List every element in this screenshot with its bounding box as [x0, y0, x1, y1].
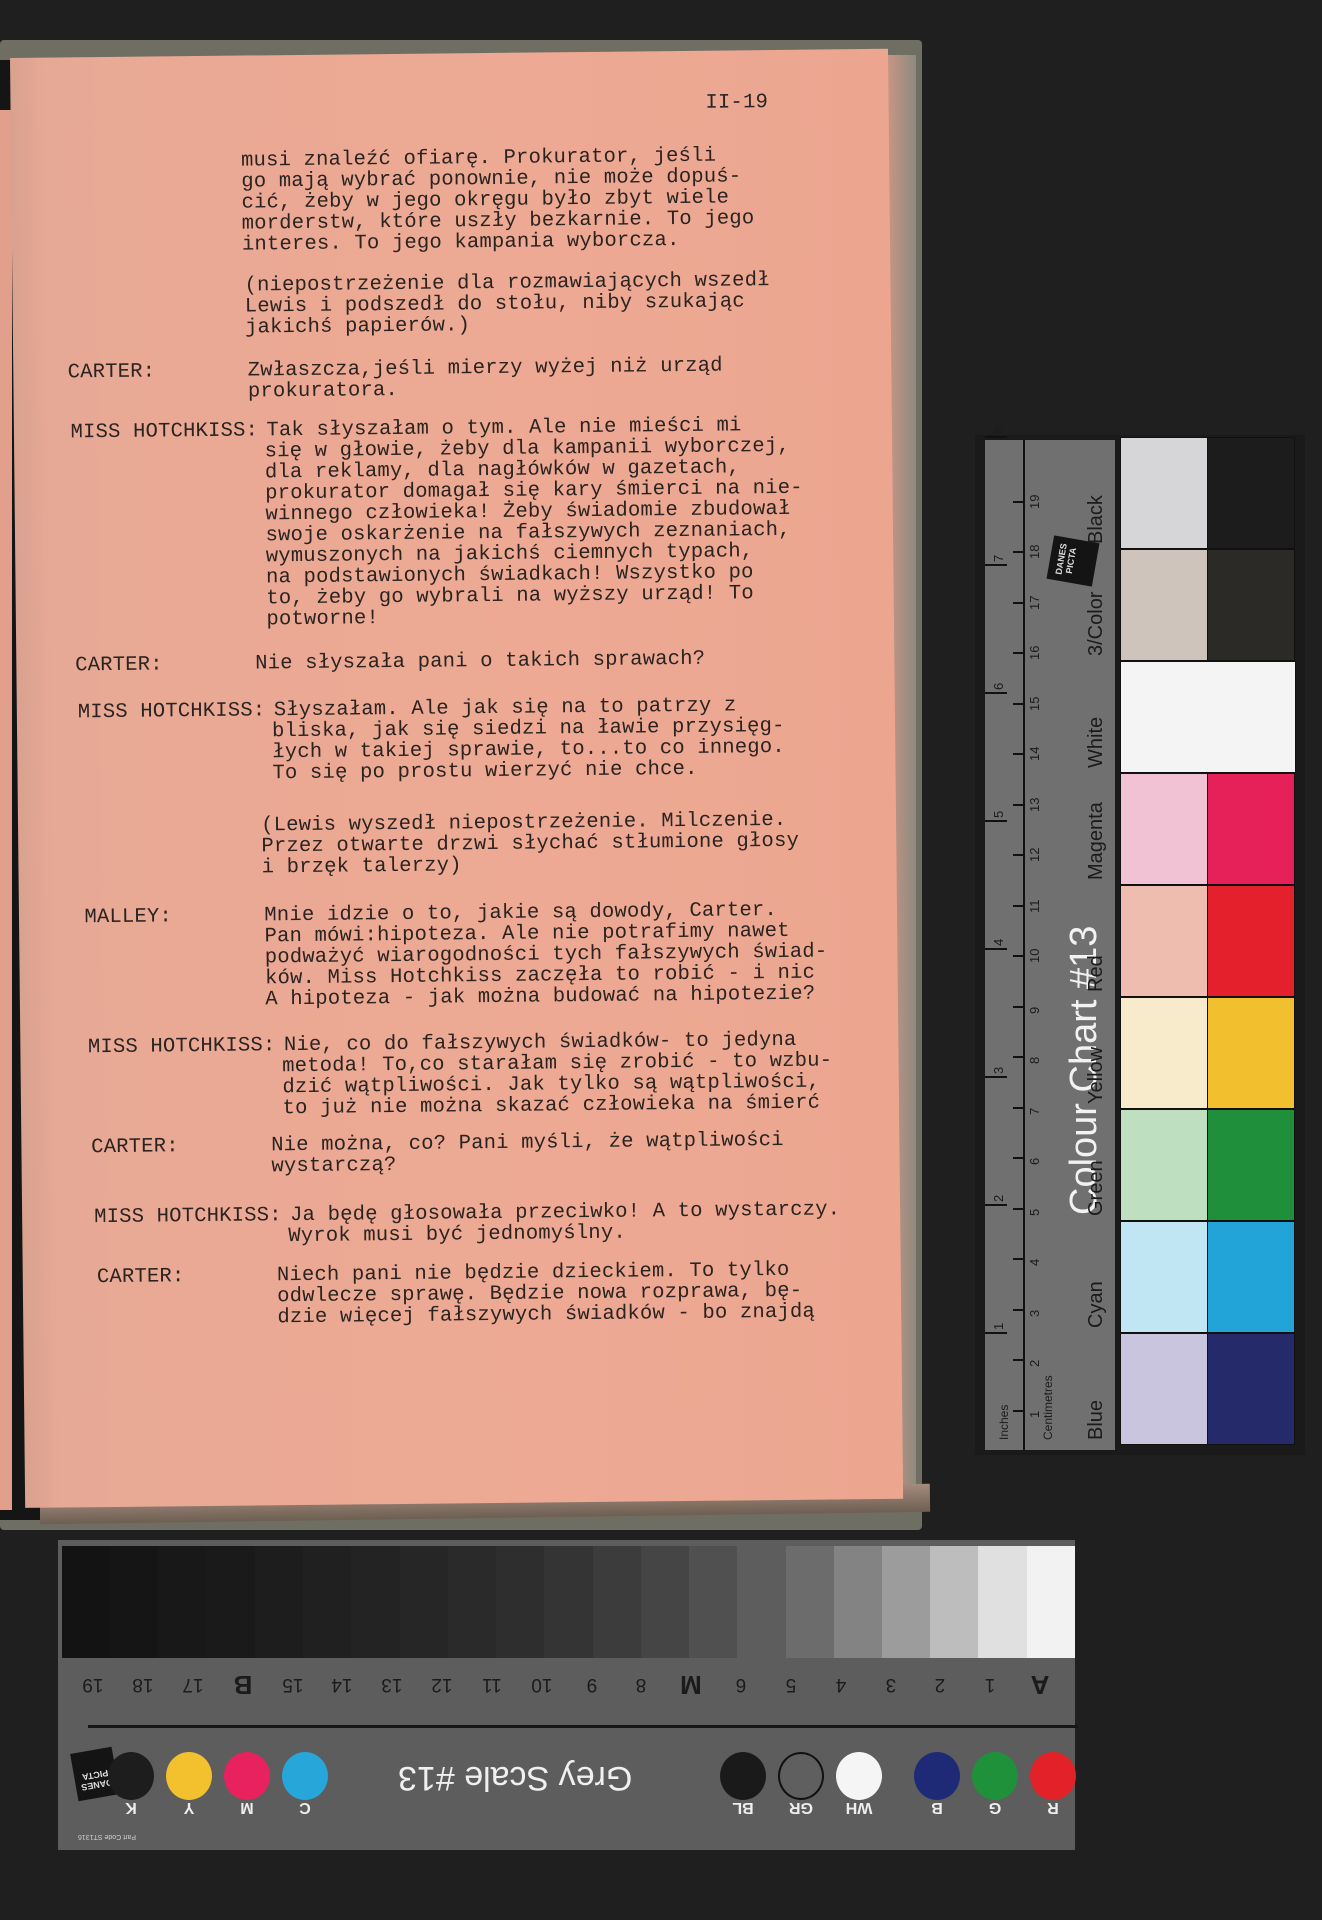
speaker-name: CARTER:: [68, 361, 156, 383]
stage-direction: (Lewis wyszedł niepostrzeżenie. Milczeni…: [261, 810, 799, 879]
reference-dot-label: B: [917, 1798, 957, 1816]
ruler-cm-tick: [1013, 703, 1025, 705]
ruler-inch-tick: [985, 436, 1007, 438]
grey-step-label: 17: [168, 1673, 218, 1695]
dialogue-text: Nie można, co? Pani myśli, że wątpliwośc…: [271, 1130, 784, 1177]
colour-patch-label: Black: [1085, 495, 1108, 544]
ruler-cm-number: 8: [1027, 1057, 1042, 1064]
colour-patch-black-light: [1120, 437, 1208, 549]
grey-step: [448, 1546, 496, 1658]
grey-step-label: 4: [816, 1673, 866, 1695]
grey-step-label: 11: [467, 1673, 517, 1695]
colour-chart-target: Colour Chart #13 Inches Centimetres DANE…: [975, 435, 1305, 1455]
grey-step-label: 8: [616, 1673, 666, 1695]
reference-dot-label: G: [975, 1798, 1015, 1816]
reference-dot-label: M: [227, 1798, 267, 1816]
grey-step: [737, 1546, 785, 1658]
colour-patch-yellow-dark: [1207, 997, 1295, 1109]
grey-step-label: 1: [965, 1673, 1015, 1695]
colour-patch-blue-light: [1120, 1333, 1208, 1445]
grey-step: [882, 1546, 930, 1658]
ruler-cm-tick: [1013, 1258, 1025, 1260]
colour-patch-magenta-light: [1120, 773, 1208, 885]
ruler-cm-tick: [1013, 1006, 1025, 1008]
reference-dot-label: R: [1033, 1798, 1073, 1816]
grey-step-label: B: [218, 1669, 268, 1700]
reference-dot-g: [972, 1752, 1018, 1800]
colour-patch-3-color-dark: [1207, 549, 1295, 661]
ruler-cm-number: 7: [1027, 1107, 1042, 1114]
ruler-inch-tick: [985, 564, 1007, 566]
grey-scale-target: A123456M89101112131415B171819 Grey Scale…: [58, 1540, 1075, 1850]
ruler-inch-tick: [985, 692, 1007, 694]
speaker-name: CARTER:: [75, 654, 163, 676]
grey-step: [593, 1546, 641, 1658]
ruler-cm-tick: [1013, 501, 1025, 503]
colour-patch-cyan-dark: [1207, 1221, 1295, 1333]
colour-patch-green-dark: [1207, 1109, 1295, 1221]
ruler-cm-number: 14: [1027, 747, 1042, 761]
grey-step-label: 18: [118, 1673, 168, 1695]
colour-patch-red-light: [1120, 885, 1208, 997]
colour-patch-label: Yellow: [1085, 1047, 1108, 1104]
part-code: Part Code ST1316: [78, 1832, 136, 1840]
reference-dot-c: [282, 1752, 328, 1800]
reference-dot-wh: [836, 1752, 882, 1800]
ruler-inch-number: 1: [991, 1323, 1006, 1330]
ruler-cm-number: 1: [1027, 1410, 1042, 1417]
ruler-cm-number: 5: [1027, 1208, 1042, 1215]
grey-scale-title: Grey Scale #13: [398, 1758, 632, 1797]
dialogue-text: Mnie idzie o to, jakie są dowody, Carter…: [264, 899, 828, 1010]
ruler-inch-number: 2: [991, 1195, 1006, 1202]
ruler-cm-number: 18: [1027, 545, 1042, 559]
reference-dot-r: [1030, 1752, 1076, 1800]
grey-step-label: 19: [68, 1673, 118, 1695]
colour-patch-green-light: [1120, 1109, 1208, 1221]
colour-patch-red-dark: [1207, 885, 1295, 997]
ruler-cm-number: 19: [1027, 494, 1042, 508]
colour-patch-label: Green: [1085, 1160, 1108, 1216]
speaker-name: MALLEY:: [84, 906, 172, 928]
grey-step: [978, 1546, 1026, 1658]
colour-patch-label: 3/Color: [1085, 592, 1108, 656]
grey-step: [834, 1546, 882, 1658]
grey-step: [255, 1546, 303, 1658]
colour-patch-3-color-light: [1120, 549, 1208, 661]
grey-step-label: A: [1015, 1669, 1065, 1700]
grey-step: [303, 1546, 351, 1658]
colour-patch-label: Red: [1085, 955, 1108, 992]
ruler-inch-number: 6: [991, 683, 1006, 690]
ruler-centimetres-label: Centimetres: [1041, 1375, 1055, 1440]
ruler-inch-tick: [985, 1076, 1007, 1078]
ruler-inch-number: 4: [991, 939, 1006, 946]
grey-step: [351, 1546, 399, 1658]
grey-step-labels: A123456M89101112131415B171819: [58, 1662, 1075, 1706]
grey-step-label: 5: [766, 1673, 816, 1695]
reference-dot-k: [108, 1752, 154, 1800]
ruler-cm-number: 13: [1027, 797, 1042, 811]
speaker-name: MISS HOTCHKISS:: [70, 420, 258, 443]
dialogue-text: bliska, jak się siedzi na ławie przysięg…: [272, 716, 785, 784]
reference-dot-m: [224, 1752, 270, 1800]
ruler-cm-number: 9: [1027, 1006, 1042, 1013]
ruler-cm-tick: [1013, 1208, 1025, 1210]
dialogue-text: Wyrok musi być jednomyślny.: [288, 1223, 626, 1248]
grey-step-label: 14: [317, 1673, 367, 1695]
ruler-cm-tick: [1013, 804, 1025, 806]
grey-step-label: 3: [866, 1673, 916, 1695]
ruler-inch-tick: [985, 820, 1007, 822]
dialogue-text: Niech pani nie będzie dzieckiem. To tylk…: [277, 1260, 815, 1329]
ruler-inches-label: Inches: [997, 1405, 1011, 1440]
ruler-inch-number: 5: [991, 811, 1006, 818]
colour-patch-white: [1120, 661, 1296, 773]
grey-step: [158, 1546, 206, 1658]
ruler-cm-tick: [1013, 1359, 1025, 1361]
typescript-page: II-19 musi znaleźć ofiarę. Prokurator, j…: [10, 49, 903, 1508]
reference-dot-gr: [778, 1752, 824, 1800]
ruler-cm-number: 12: [1027, 848, 1042, 862]
colour-patch-blue-dark: [1207, 1333, 1295, 1445]
ruler-cm-number: 16: [1027, 646, 1042, 660]
ruler-cm-tick: [1013, 955, 1025, 957]
ruler-inch-number: 3: [991, 1067, 1006, 1074]
grey-step-strip: [62, 1546, 1075, 1658]
ruler-cm-number: 10: [1027, 949, 1042, 963]
reference-dot-label: K: [111, 1798, 151, 1816]
ruler-cm-tick: [1013, 1309, 1025, 1311]
ruler-cm-number: 15: [1027, 696, 1042, 710]
ruler-cm-number: 3: [1027, 1309, 1042, 1316]
ruler-cm-number: 17: [1027, 595, 1042, 609]
grey-step: [930, 1546, 978, 1658]
colour-patch-yellow-light: [1120, 997, 1208, 1109]
speaker-name: MISS HOTCHKISS:: [94, 1205, 282, 1228]
reference-dot-b: [914, 1752, 960, 1800]
grey-step-label: 2: [915, 1673, 965, 1695]
colour-patch-label: Blue: [1085, 1400, 1108, 1440]
ruler-cm-number: 11: [1027, 899, 1042, 913]
speaker-name: MISS HOTCHKISS:: [78, 700, 266, 723]
ruler-cm-tick: [1013, 1056, 1025, 1058]
ruler-inch-number: 8: [991, 427, 1006, 434]
reference-dot-label: C: [285, 1798, 325, 1816]
grey-step-label: M: [666, 1669, 716, 1700]
reference-dot-label: Y: [169, 1798, 209, 1816]
grey-step-label: 10: [517, 1673, 567, 1695]
ruler-inch-tick: [985, 948, 1007, 950]
reference-dot-bl: [720, 1752, 766, 1800]
ruler-cm-tick: [1013, 602, 1025, 604]
colour-patch-label: White: [1085, 717, 1108, 768]
grey-step: [689, 1546, 737, 1658]
reference-dot-label: WH: [839, 1798, 879, 1816]
dialogue-text: metoda! To,co starałam się zrobić - to w…: [282, 1050, 833, 1119]
stage-direction: musi znaleźć ofiarę. Prokurator, jeśli g…: [241, 145, 755, 255]
ruler-inch-number: 7: [991, 555, 1006, 562]
grey-step: [786, 1546, 834, 1658]
colour-patch-cyan-light: [1120, 1221, 1208, 1333]
grey-step: [207, 1546, 255, 1658]
grey-step: [400, 1546, 448, 1658]
ruler-cm-tick: [1013, 1107, 1025, 1109]
grey-step-label: 13: [367, 1673, 417, 1695]
grey-step: [1027, 1546, 1075, 1658]
ruler-cm-tick: [1013, 1410, 1025, 1412]
reference-dot-label: GR: [781, 1798, 821, 1816]
divider: [88, 1725, 1078, 1728]
grey-step: [62, 1546, 110, 1658]
stage-direction: (niepostrzeżenie dla rozmawiających wsze…: [244, 270, 770, 338]
ruler-cm-tick: [1013, 854, 1025, 856]
ruler-cm-tick: [1013, 1157, 1025, 1159]
grey-step: [544, 1546, 592, 1658]
ruler-cm-tick: [1013, 551, 1025, 553]
ruler-cm-number: 4: [1027, 1259, 1042, 1266]
reference-dot-label: BL: [723, 1798, 763, 1816]
colour-patch-label: Magenta: [1085, 802, 1108, 880]
grey-step-label: 6: [716, 1673, 766, 1695]
grey-step-label: 12: [417, 1673, 467, 1695]
ruler-cm-tick: [1013, 905, 1025, 907]
previous-page-edge: [0, 110, 12, 1510]
ruler-inch-tick: [985, 1332, 1007, 1334]
speaker-name: MISS HOTCHKISS:: [88, 1035, 276, 1058]
speaker-name: CARTER:: [97, 1266, 185, 1288]
ruler-cm-number: 6: [1027, 1158, 1042, 1165]
colour-chart-ruler: Colour Chart #13 Inches Centimetres DANE…: [985, 440, 1115, 1450]
grey-step: [496, 1546, 544, 1658]
colour-patch-label: Cyan: [1085, 1281, 1108, 1328]
grey-step-label: 9: [567, 1673, 617, 1695]
ruler-cm-tick: [1013, 652, 1025, 654]
dialogue-text: Nie słyszała pani o takich sprawach?: [255, 649, 705, 675]
colour-patch-black-dark: [1207, 437, 1295, 549]
dialogue-text: się w głowie, żeby dla kampanii wyborcze…: [265, 436, 805, 631]
ruler-cm-tick: [1013, 753, 1025, 755]
dialogue-text: Zwłaszcza,jeśli mierzy wyżej niż urząd p…: [248, 356, 723, 403]
grey-step: [110, 1546, 158, 1658]
grey-step: [641, 1546, 689, 1658]
grey-step-label: 15: [268, 1673, 318, 1695]
ruler-inch-tick: [985, 1204, 1007, 1206]
reference-dot-y: [166, 1752, 212, 1800]
speaker-name: CARTER:: [91, 1136, 179, 1158]
page-number: II-19: [705, 92, 768, 114]
colour-patch-magenta-dark: [1207, 773, 1295, 885]
ruler-cm-number: 2: [1027, 1360, 1042, 1367]
